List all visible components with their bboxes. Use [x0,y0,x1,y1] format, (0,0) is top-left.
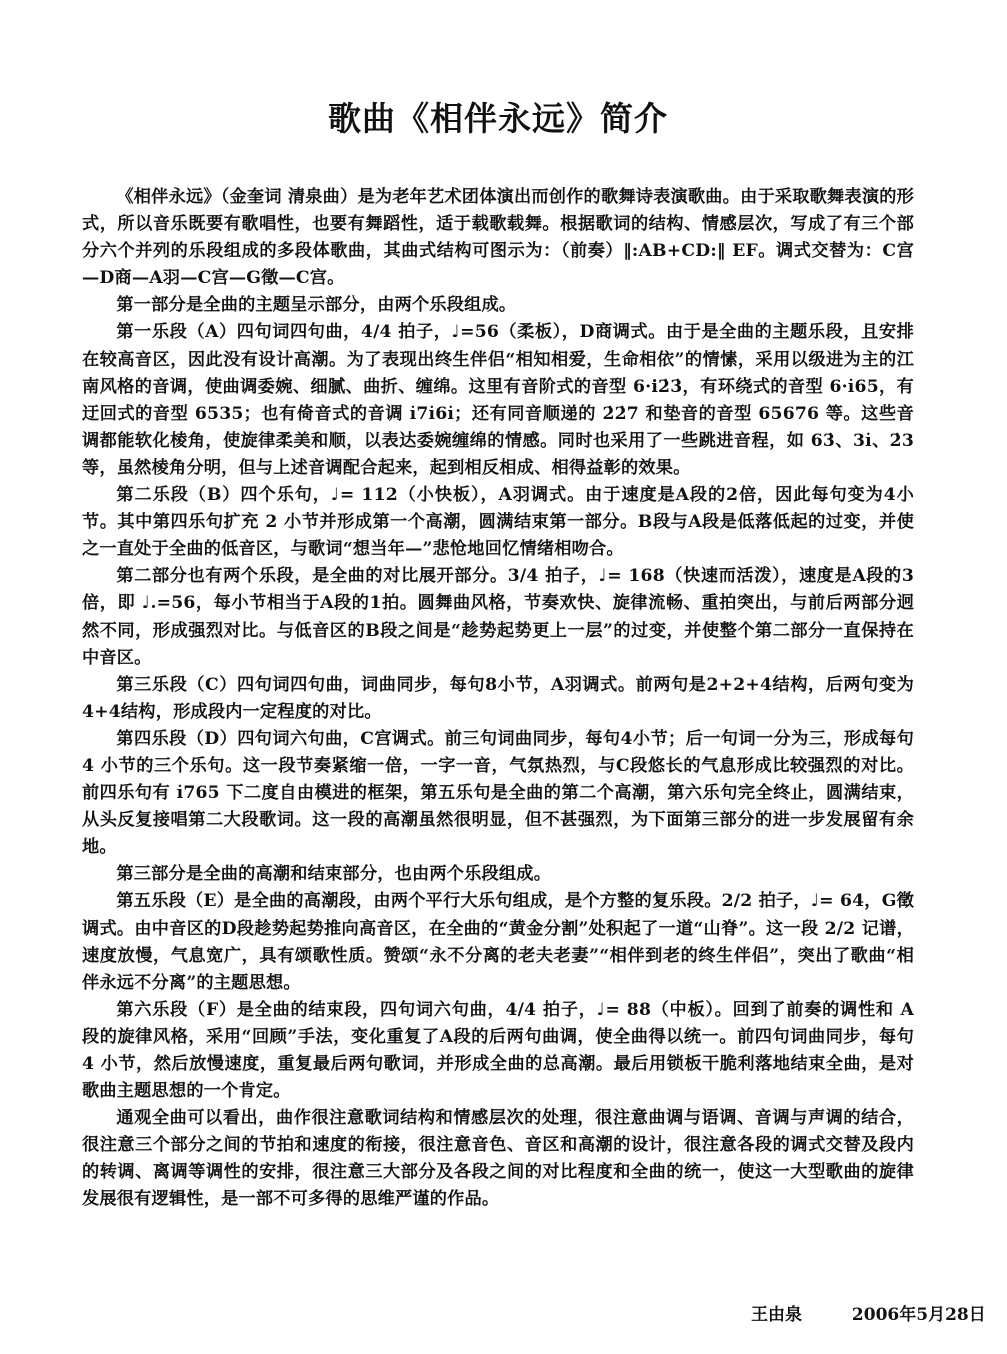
document-date: 2006年5月28日 [852,1305,986,1325]
paragraph-conclusion: 通观全曲可以看出，曲作很注意歌词结构和情感层次的处理，很注意曲调与语调、音调与声… [82,1105,914,1213]
paragraph-part-three: 第三部分是全曲的高潮和结束部分，也由两个乐段组成。 [82,861,914,888]
paragraph-section-a: 第一乐段（A）四句词四句曲，4/4 拍子，♩=56（柔板），D商调式。由于是全曲… [82,319,914,482]
paragraph-intro: 《相伴永远》（金奎词 清泉曲）是为老年艺术团体演出而创作的歌舞诗表演歌曲。由于采… [82,184,914,292]
document-signature: 王由泉 2006年5月28日 [751,1300,986,1325]
paragraph-section-d: 第四乐段（D）四句词六句曲，C宫调式。前三句词曲同步，每句4小节；后一句词一分为… [82,726,914,861]
paragraph-part-two: 第二部分也有两个乐段，是全曲的对比展开部分。3/4 拍子，♩= 168（快速而活… [82,563,914,671]
document-title: 歌曲《相伴永远》简介 [82,96,914,142]
paragraph-part-one: 第一部分是全曲的主题呈示部分，由两个乐段组成。 [82,292,914,319]
document-page: 歌曲《相伴永远》简介 《相伴永远》（金奎词 清泉曲）是为老年艺术团体演出而创作的… [82,96,914,1214]
paragraph-section-c: 第三乐段（C）四句词四句曲，词曲同步，每句8小节，A羽调式。前两句是2+2+4结… [82,672,914,726]
paragraph-section-e: 第五乐段（E）是全曲的高潮段，由两个平行大乐句组成，是个方整的复乐段。2/2 拍… [82,888,914,996]
paragraph-section-b: 第二乐段（B）四个乐句，♩= 112（小快板），A羽调式。由于速度是A段的2倍，… [82,482,914,563]
author-name: 王由泉 [751,1305,802,1325]
paragraph-section-f: 第六乐段（F）是全曲的结束段，四句词六句曲，4/4 拍子，♩= 88（中板）。回… [82,997,914,1105]
